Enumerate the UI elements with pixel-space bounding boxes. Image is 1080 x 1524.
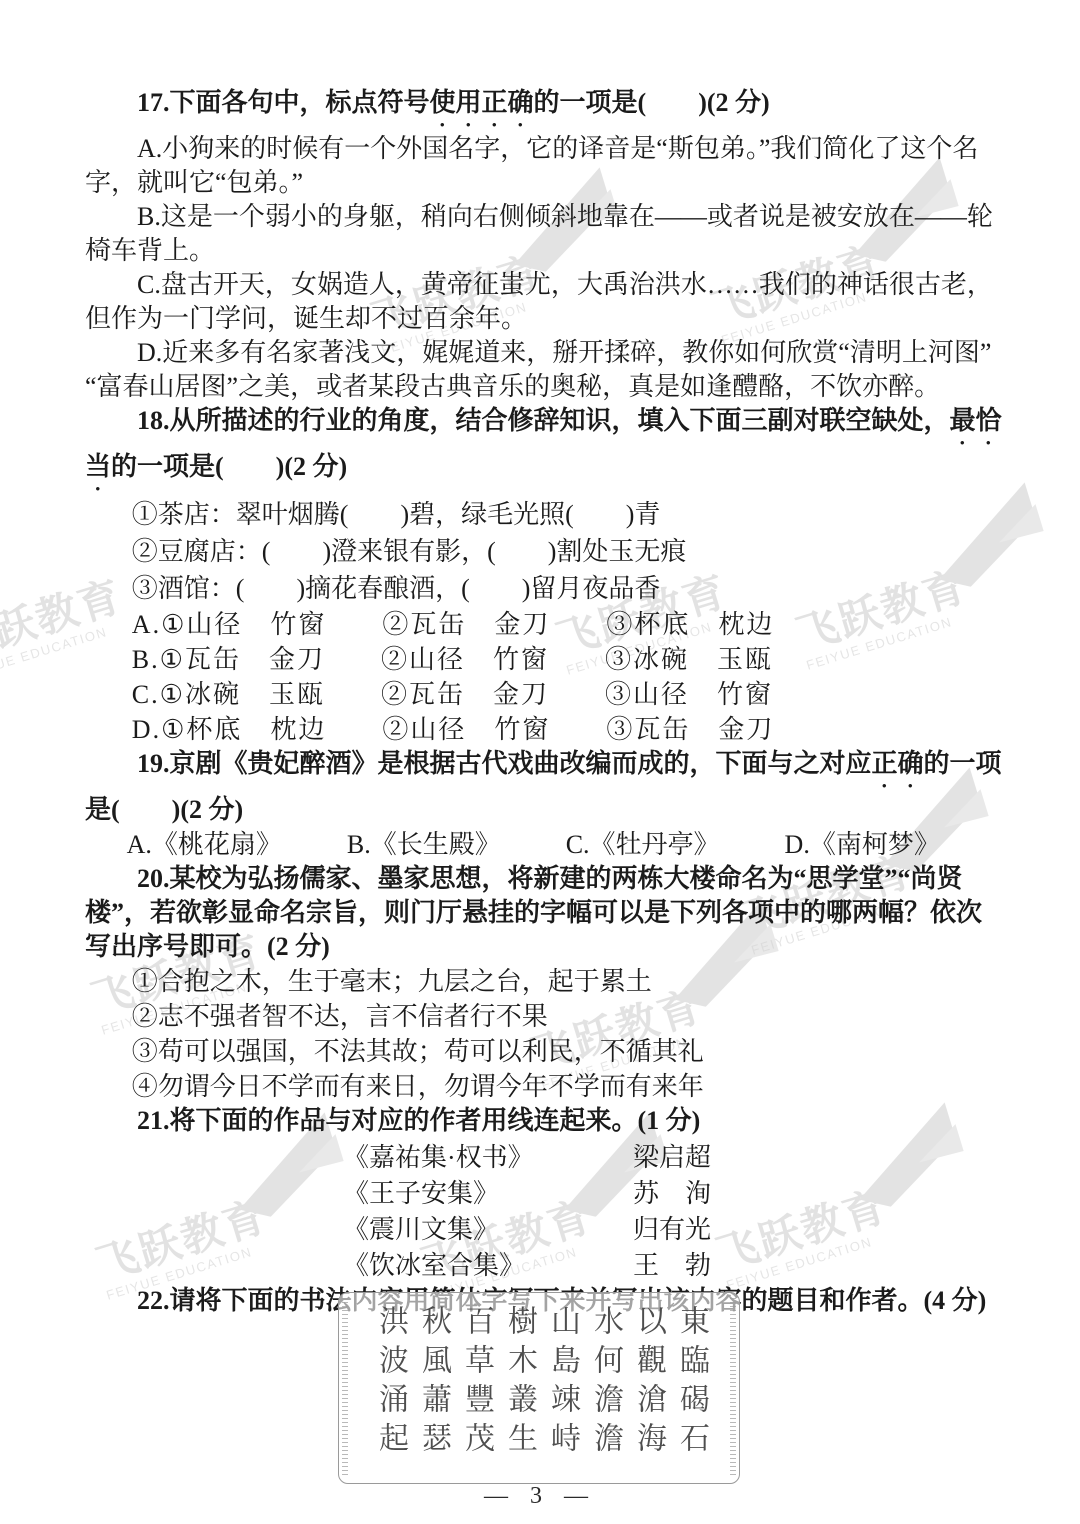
- calligraphy-column: 水何澹澹: [584, 1305, 627, 1467]
- match-row: 《嘉祐集·权书》 梁启超: [343, 1140, 1002, 1176]
- work-title: 《王子安集》: [343, 1176, 633, 1212]
- calligraphy-column: 東臨碣石: [670, 1305, 713, 1467]
- q18-couplet-3: ③酒馆：( )摘花春酿酒，( )留月夜品香: [85, 570, 1002, 607]
- q17-option-b: B.这是一个弱小的身躯，稍向右侧倾斜地靠在——或者说是被安放在——轮椅车背上。: [85, 200, 1002, 268]
- q20-item-2: ②志不强者智不达，言不信者行不果: [85, 999, 1002, 1034]
- q18-couplet-2: ②豆腐店：( )澄来银有影，( )割处玉无痕: [85, 533, 1002, 570]
- q17-option-c: C.盘古开天，女娲造人，黄帝征蚩尤，大禹治洪水……我们的神话很古老，但作为一门学…: [85, 268, 1002, 336]
- q19-stem-pre: 19.京剧《贵妃醉酒》是根据古代戏曲改编而成的，下面与之对应: [137, 749, 872, 778]
- work-title: 《嘉祐集·权书》: [343, 1140, 633, 1176]
- question-21: 21.将下面的作品与对应的作者用线连起来。(1 分) 《嘉祐集·权书》 梁启超 …: [85, 1104, 1002, 1284]
- calligraphy-column: 以觀滄海: [627, 1305, 670, 1467]
- question-20: 20.某校为弘扬儒家、墨家思想，将新建的两栋大楼命名为“思学堂”“尚贤楼”，若欲…: [85, 862, 1002, 1104]
- q17-stem-emphasis: 使用正确: [430, 88, 534, 117]
- q18-option-c: C.①冰碗 玉瓯 ②瓦缶 金刀 ③山径 竹窗: [85, 677, 1002, 712]
- q17-stem-pre: 17.下面各句中，标点符号: [137, 88, 430, 117]
- question-18: 18.从所描述的行业的角度，结合修辞知识，填入下面三副对联空缺处，最恰当的一项是…: [85, 404, 1002, 747]
- match-row: 《王子安集》 苏 洵: [343, 1176, 1002, 1212]
- calligraphy-column: 山島竦峙: [541, 1305, 584, 1467]
- author-name: 王 勃: [633, 1248, 711, 1284]
- question-17: 17.下面各句中，标点符号使用正确的一项是( )(2 分) A.小狗来的时候有一…: [85, 86, 1002, 404]
- q20-item-3: ③苟可以强国，不法其故；苟可以利民，不循其礼: [85, 1034, 1002, 1069]
- q17-option-a: A.小狗来的时候有一个外国名字，它的译音是“斯包弟。”我们简化了这个名字，就叫它…: [85, 132, 1002, 200]
- q20-item-4: ④勿谓今日不学而有来日，勿谓今年不学而有来年: [85, 1069, 1002, 1104]
- q19-stem: 19.京剧《贵妃醉酒》是根据古代戏曲改编而成的，下面与之对应正确的一项是( )(…: [85, 747, 1002, 827]
- calligraphy-box: 東臨碣石 以觀滄海 水何澹澹 山島竦峙 樹木叢生 百草豐茂 秋風蕭瑟 洪波涌起: [338, 1292, 740, 1484]
- q18-option-b: B.①瓦缶 金刀 ②山径 竹窗 ③冰碗 玉瓯: [85, 642, 1002, 677]
- author-name: 梁启超: [633, 1140, 711, 1176]
- q20-stem: 20.某校为弘扬儒家、墨家思想，将新建的两栋大楼命名为“思学堂”“尚贤楼”，若欲…: [85, 862, 1002, 964]
- calligraphy-column: 洪波涌起: [369, 1305, 412, 1467]
- calligraphy-column: 樹木叢生: [498, 1305, 541, 1467]
- calligraphy-text: 東臨碣石 以觀滄海 水何澹澹 山島竦峙 樹木叢生 百草豐茂 秋風蕭瑟 洪波涌起: [367, 1305, 713, 1467]
- q18-stem: 18.从所描述的行业的角度，结合修辞知识，填入下面三副对联空缺处，最恰当的一项是…: [85, 404, 1002, 496]
- work-title: 《饮冰室合集》: [343, 1248, 633, 1284]
- q20-item-1: ①合抱之木，生于毫末；九层之台，起于累土: [85, 964, 1002, 999]
- q18-stem-pre: 18.从所描述的行业的角度，结合修辞知识，填入下面三副对联空缺处，: [137, 406, 950, 435]
- q19-stem-emphasis: 正确: [872, 749, 924, 778]
- calligraphy-column: 秋風蕭瑟: [412, 1305, 455, 1467]
- q18-couplet-1: ①茶店：翠叶烟腾( )碧，绿毛光照( )青: [85, 496, 1002, 533]
- question-19: 19.京剧《贵妃醉酒》是根据古代戏曲改编而成的，下面与之对应正确的一项是( )(…: [85, 747, 1002, 862]
- page-number: — 3 —: [0, 1483, 1080, 1510]
- q17-stem-post: 的一项是( )(2 分): [534, 88, 770, 117]
- q21-stem: 21.将下面的作品与对应的作者用线连起来。(1 分): [85, 1104, 1002, 1138]
- q18-option-a: A.①山径 竹窗 ②瓦缶 金刀 ③杯底 枕边: [85, 607, 1002, 642]
- calligraphy-column: 百草豐茂: [455, 1305, 498, 1467]
- work-title: 《震川文集》: [343, 1212, 633, 1248]
- q18-stem-post: 的一项是( )(2 分): [111, 452, 347, 481]
- q17-stem: 17.下面各句中，标点符号使用正确的一项是( )(2 分): [85, 86, 1002, 132]
- author-name: 归有光: [633, 1212, 711, 1248]
- match-row: 《震川文集》 归有光: [343, 1212, 1002, 1248]
- q18-option-d: D.①杯底 枕边 ②山径 竹窗 ③瓦缶 金刀: [85, 712, 1002, 747]
- q21-match-list: 《嘉祐集·权书》 梁启超 《王子安集》 苏 洵 《震川文集》 归有光 《饮冰室合…: [343, 1140, 1002, 1284]
- exam-content: 17.下面各句中，标点符号使用正确的一项是( )(2 分) A.小狗来的时候有一…: [85, 86, 1002, 1318]
- match-row: 《饮冰室合集》 王 勃: [343, 1248, 1002, 1284]
- exam-page: 飞跃教育 FEIYUE EDUCATION 飞跃教育 FEIYUE EDUCAT…: [0, 0, 1080, 1524]
- q17-option-d: D.近来多有名家著浅文，娓娓道来，掰开揉碎，教你如何欣赏“清明上河图”“富春山居…: [85, 336, 1002, 404]
- q19-options: A.《桃花扇》 B.《长生殿》 C.《牡丹亭》 D.《南柯梦》: [85, 827, 1002, 862]
- author-name: 苏 洵: [633, 1176, 711, 1212]
